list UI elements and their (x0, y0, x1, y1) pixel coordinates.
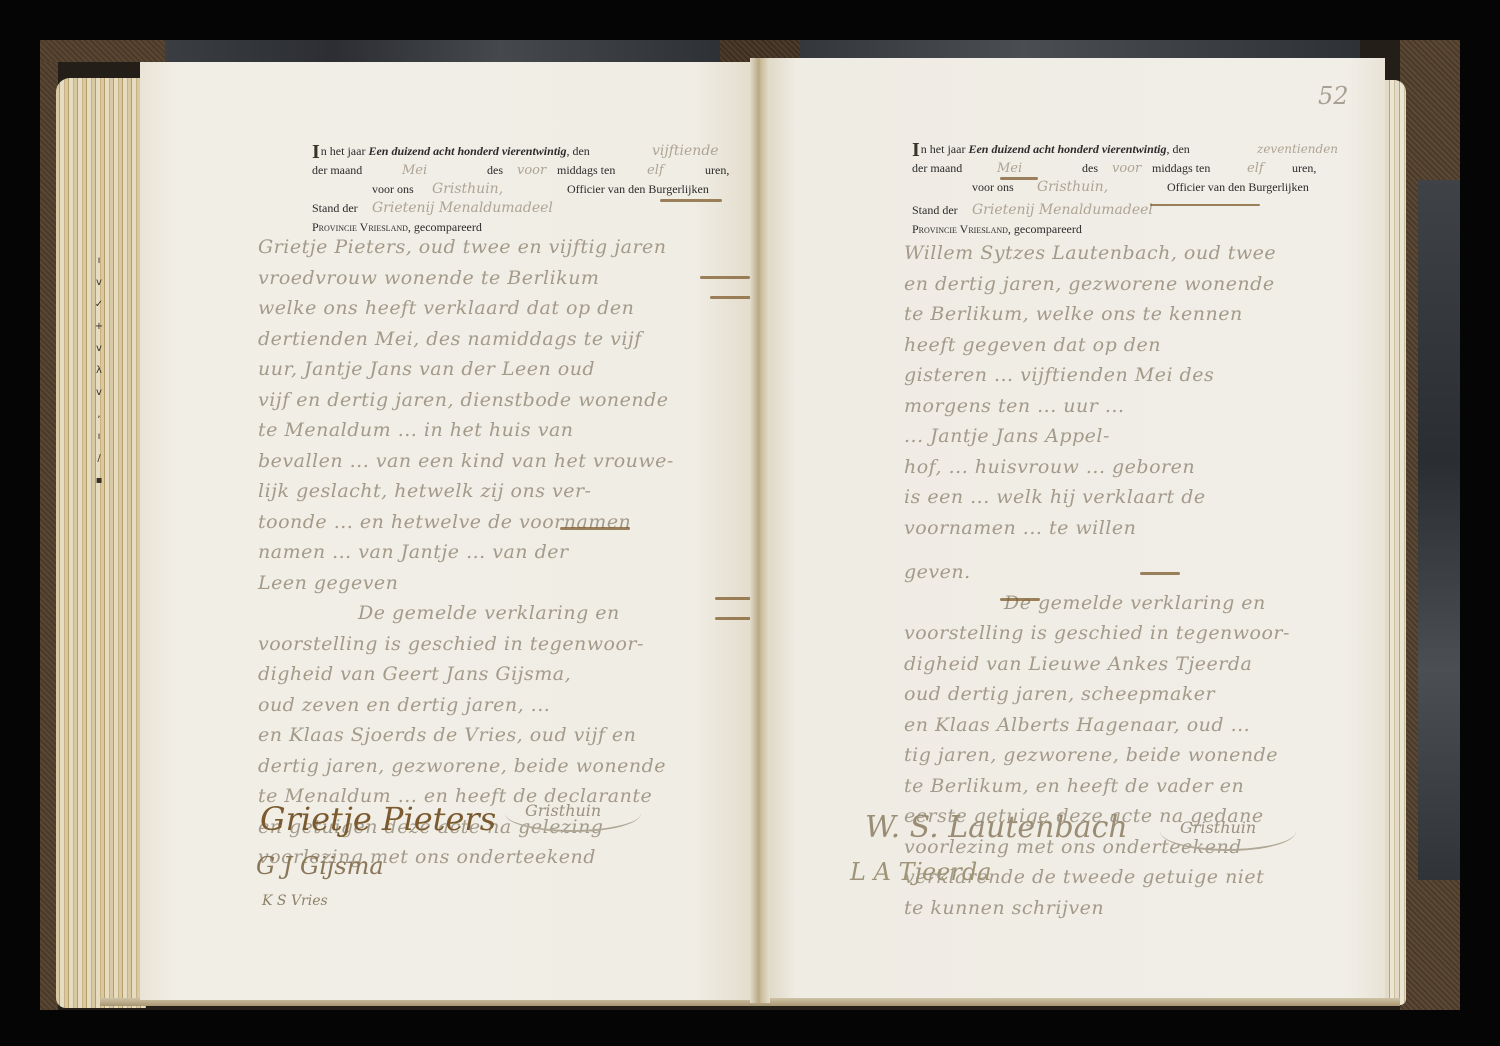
marbled-board-right (1418, 180, 1460, 880)
ink-stroke (715, 617, 755, 620)
signature-witness-1: L A Tjeerda (850, 858, 992, 886)
book-gutter (750, 58, 770, 1003)
ink-stroke (1150, 204, 1260, 206)
fill-part-of-day: voor (517, 161, 546, 180)
signature-declarant: Grietje Pieters (260, 800, 496, 838)
fill-officer: Gristhuin, (1037, 178, 1108, 197)
fill-gemeente: Grietenij Menaldumadeel (972, 201, 1153, 220)
fill-officer: Gristhuin, (432, 180, 503, 199)
marbled-board-top-left (165, 40, 725, 62)
ink-stroke (715, 597, 755, 600)
ink-stroke (1000, 177, 1038, 180)
fill-gemeente: Grietenij Menaldumadeel (372, 199, 553, 218)
left-form-header: In het jaar Een duizend acht honderd vie… (312, 142, 752, 237)
margin-ink-marks: ıv✓+vλv,ı/▪ (92, 250, 106, 492)
ink-stroke (700, 276, 750, 279)
decorative-initial: I (912, 139, 920, 161)
left-page-entry-text: Grietje Pieters, oud twee en vijftig jar… (258, 232, 674, 873)
marbled-board-top-right (800, 40, 1360, 58)
signature-father: W. S. Lautenbach (865, 810, 1128, 845)
signature-witness-1: G J Gijsma (256, 852, 384, 880)
right-form-header: In het jaar Een duizend acht honderd vie… (912, 140, 1352, 239)
cloth-binding-corner (40, 40, 165, 62)
fill-month: Mei (997, 159, 1022, 178)
signature-officer: Gristhuin (1160, 812, 1296, 851)
ink-stroke (1000, 598, 1040, 601)
fill-day: vijftiende (652, 142, 719, 161)
ink-stroke (710, 296, 755, 299)
ink-stroke (660, 199, 722, 202)
fill-day: zeventienden (1257, 140, 1338, 159)
ink-stroke (560, 527, 630, 530)
fill-part-of-day: voor (1112, 159, 1141, 178)
page-edges-left (56, 78, 146, 1008)
ink-stroke (1140, 572, 1180, 575)
signature-witness-2: K S Vries (262, 893, 328, 909)
fill-month: Mei (402, 161, 427, 180)
fill-hour: elf (1247, 159, 1264, 178)
fill-hour: elf (647, 161, 664, 180)
page-number: 52 (1318, 82, 1349, 110)
signature-officer: Gristhuin (505, 795, 641, 832)
decorative-initial: I (312, 141, 320, 163)
